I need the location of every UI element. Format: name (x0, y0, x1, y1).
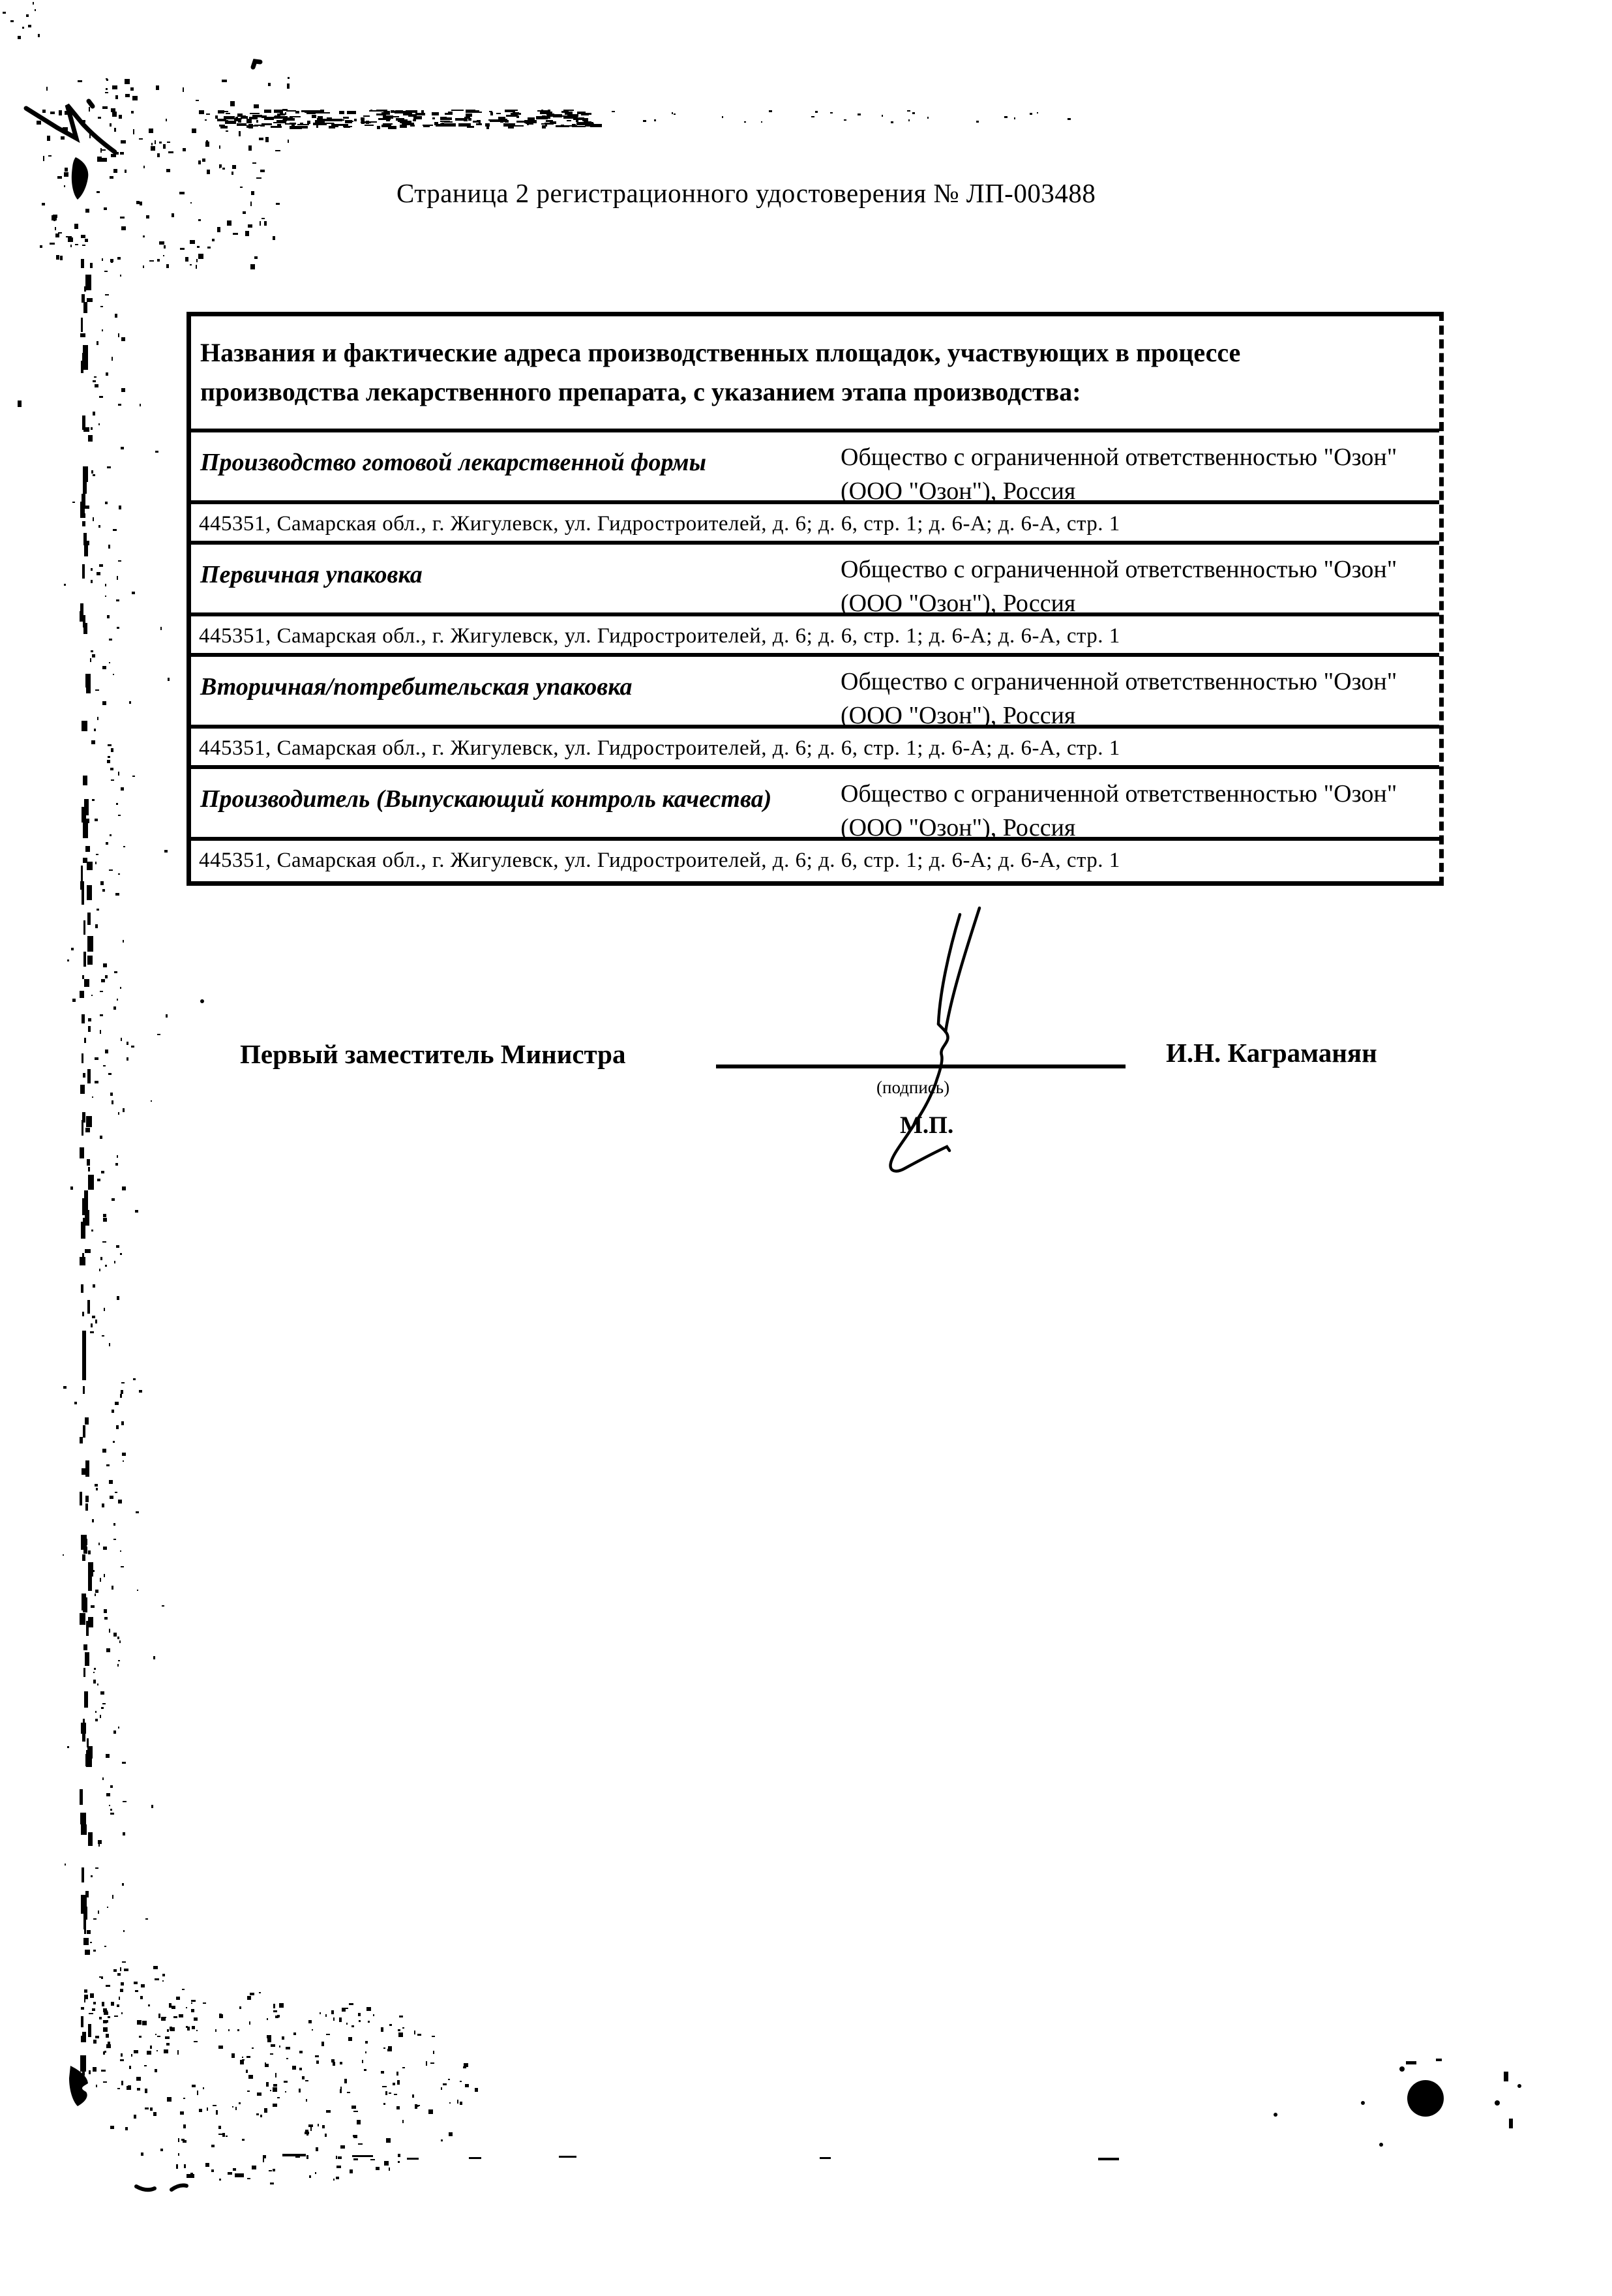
noise-speck (150, 2107, 153, 2111)
noise-speck (407, 2158, 419, 2160)
noise-speck (82, 245, 85, 246)
noise-speck (107, 466, 111, 468)
noise-speck (124, 1969, 128, 1971)
noise-speck (197, 2091, 198, 2095)
noise-speck (140, 202, 142, 205)
noise-speck (393, 2083, 395, 2085)
noise-speck (218, 2126, 221, 2129)
page-title: Страница 2 регистрационного удостоверени… (396, 177, 1096, 209)
noise-speck (80, 991, 84, 998)
noise-speck (153, 1656, 155, 1659)
noise-speck (373, 2014, 374, 2016)
noise-speck (106, 88, 108, 90)
noise-speck (282, 109, 288, 111)
noise-speck (131, 111, 134, 113)
noise-speck (91, 1875, 93, 1877)
noise-speck (423, 126, 430, 127)
noise-speck (100, 1257, 102, 1260)
noise-speck (389, 2168, 390, 2171)
noise-speck (93, 2002, 96, 2004)
noise-speck (116, 803, 118, 805)
seal-placeholder-label: М.П. (900, 1111, 953, 1140)
noise-speck (75, 244, 78, 245)
noise-speck (279, 2046, 280, 2047)
noise-speck (320, 110, 324, 113)
noise-speck (321, 2042, 324, 2046)
noise-speck (118, 404, 121, 406)
noise-speck (247, 2091, 250, 2092)
noise-speck (232, 165, 236, 169)
noise-speck (113, 1523, 115, 1526)
noise-speck (228, 2172, 232, 2175)
noise-speck (83, 506, 89, 509)
noise-speck (91, 1323, 93, 1327)
noise-speck (110, 2126, 114, 2129)
noise-speck (185, 257, 188, 262)
noise-speck (333, 2179, 335, 2181)
noise-speck (82, 1730, 85, 1742)
noise-speck (102, 329, 103, 331)
noise-speck (155, 2034, 157, 2035)
noise-speck (111, 779, 114, 781)
production-sites-table: Названия и фактические адреса производст… (187, 312, 1444, 886)
noise-speck (95, 2036, 99, 2038)
noise-speck (121, 388, 125, 392)
noise-speck (222, 80, 227, 82)
noise-speck (260, 2115, 262, 2117)
noise-speck (104, 1574, 105, 1577)
noise-speck (90, 1331, 94, 1333)
noise-speck (83, 1938, 89, 1945)
noise-speck (346, 2023, 348, 2025)
noise-speck (89, 2013, 93, 2014)
noise-speck (117, 1637, 119, 1639)
noise-speck (83, 1202, 88, 1209)
noise-speck (88, 1832, 93, 1846)
noise-speck (368, 2021, 370, 2023)
noise-speck (302, 2076, 305, 2079)
noise-speck (432, 112, 439, 115)
noise-speck (91, 470, 93, 474)
noise-speck (80, 1085, 85, 1094)
noise-speck (110, 1785, 113, 1788)
noise-speck (270, 2183, 274, 2184)
noise-speck (95, 1590, 98, 1593)
noise-speck (121, 2053, 123, 2057)
noise-speck (97, 191, 100, 193)
table-row-stage-1: Производство готовой лекарственной формы… (191, 432, 1439, 504)
noise-speck (166, 1014, 168, 1018)
noise-speck (127, 2086, 129, 2090)
noise-speck (213, 2105, 216, 2106)
noise-speck (238, 120, 241, 123)
noise-speck (100, 991, 103, 992)
noise-speck (80, 1147, 84, 1158)
noise-speck (211, 2145, 215, 2147)
noise-speck (107, 2020, 108, 2023)
noise-speck (178, 2153, 179, 2156)
noise-speck (460, 2102, 462, 2105)
noise-speck (261, 115, 267, 118)
noise-speck (162, 1974, 165, 1976)
noise-speck (722, 116, 723, 118)
noise-speck (259, 138, 263, 140)
noise-speck (99, 2017, 102, 2019)
noise-speck (100, 1578, 101, 1582)
noise-speck (119, 506, 121, 509)
noise-speck (81, 1222, 85, 1239)
noise-speck (273, 2084, 277, 2087)
noise-speck (216, 2110, 218, 2115)
noise-speck (197, 246, 200, 248)
noise-speck (908, 119, 910, 121)
noise-speck (413, 119, 416, 121)
noise-speck (100, 1715, 101, 1718)
noise-speck (93, 1672, 95, 1673)
noise-speck (267, 2018, 268, 2020)
noise-speck (117, 576, 118, 580)
noise-speck (282, 2154, 306, 2156)
table-header-line1: Названия и фактические адреса производст… (200, 333, 1430, 372)
noise-speck (120, 2059, 124, 2061)
noise-speck (292, 2066, 296, 2070)
noise-speck (199, 2109, 202, 2112)
noise-speck (82, 1312, 84, 1316)
noise-speck (63, 1386, 67, 1389)
noise-speck (85, 275, 91, 290)
noise-speck (398, 2029, 400, 2031)
company-name: Общество с ограниченной ответственностью… (841, 440, 1427, 508)
noise-speck (344, 2079, 347, 2083)
table-row-address-2: 445351, Самарская обл., г. Жигулевск, ул… (191, 616, 1439, 657)
noise-speck (65, 1864, 66, 1865)
noise-speck (113, 1730, 116, 1734)
noise-speck (369, 121, 377, 123)
noise-speck (89, 134, 91, 138)
noise-speck (432, 2036, 435, 2037)
noise-speck (48, 155, 52, 157)
noise-speck (516, 115, 519, 118)
noise-speck (148, 2004, 150, 2006)
noise-speck (115, 314, 117, 318)
noise-speck (134, 1982, 138, 1984)
noise-speck (87, 936, 93, 952)
noise-speck (120, 1967, 121, 1971)
noise-speck (237, 2029, 239, 2031)
noise-speck (307, 121, 310, 124)
noise-speck (326, 2034, 330, 2035)
noise-speck (179, 192, 185, 194)
noise-speck (95, 1867, 98, 1869)
noise-speck (63, 1554, 64, 1556)
noise-speck (212, 239, 215, 241)
noise-speck (80, 1437, 83, 1443)
noise-speck (469, 2157, 481, 2159)
noise-speck (305, 110, 316, 113)
noise-speck (363, 115, 370, 117)
noise-speck (198, 219, 201, 221)
noise-speck (239, 2102, 241, 2104)
noise-speck (83, 1386, 85, 1394)
noise-speck (155, 451, 158, 453)
noise-speck (59, 110, 62, 115)
noise-speck (121, 337, 125, 341)
noise-speck (415, 113, 425, 115)
noise-speck (81, 259, 84, 268)
noise-speck (389, 2092, 391, 2094)
noise-speck (270, 2090, 271, 2091)
noise-speck (108, 545, 110, 549)
noise-speck (115, 152, 119, 155)
noise-speck (449, 2132, 453, 2136)
noise-speck (285, 2091, 286, 2092)
noise-speck (121, 1982, 124, 1986)
noise-speck (308, 2020, 312, 2023)
noise-speck (82, 1120, 83, 1136)
noise-speck (89, 2070, 91, 2074)
noise-speck (133, 1378, 136, 1380)
noise-speck (820, 2157, 831, 2159)
noise-speck (198, 254, 203, 259)
noise-speck (97, 1684, 98, 1685)
noise-speck (95, 384, 98, 387)
noise-speck (196, 259, 198, 262)
noise-speck (87, 298, 93, 302)
noise-speck (82, 564, 85, 579)
noise-speck (563, 110, 574, 111)
noise-speck (567, 115, 576, 118)
noise-speck (844, 119, 846, 121)
noise-speck (190, 202, 192, 204)
noise-speck (83, 776, 87, 785)
noise-speck (141, 2152, 143, 2156)
noise-speck (83, 1547, 87, 1554)
noise-speck (91, 740, 95, 744)
noise-speck (94, 376, 97, 378)
noise-speck (117, 2088, 120, 2089)
noise-speck (184, 2164, 186, 2168)
noise-speck (265, 2064, 269, 2067)
noise-speck (400, 121, 411, 123)
noise-speck (84, 1691, 88, 1708)
noise-speck (264, 110, 271, 113)
noise-speck (1014, 117, 1015, 119)
noise-speck (256, 120, 258, 123)
noise-speck (912, 112, 915, 114)
noise-speck (69, 236, 72, 239)
noise-speck (434, 122, 438, 125)
noise-speck (412, 2094, 414, 2098)
noise-speck (88, 1167, 90, 1171)
noise-speck (103, 2027, 108, 2032)
noise-speck (78, 80, 82, 82)
noise-speck (123, 1460, 124, 1462)
noise-speck (97, 341, 98, 345)
noise-speck (306, 2099, 307, 2102)
noise-speck (93, 1918, 97, 1920)
noise-speck (105, 596, 106, 597)
noise-speck (468, 118, 471, 121)
noise-speck (261, 218, 265, 219)
noise-speck (131, 1046, 134, 1048)
noise-speck (402, 2067, 405, 2068)
noise-speck (364, 2069, 366, 2071)
noise-speck (340, 2089, 342, 2093)
noise-speck (151, 1100, 152, 1102)
noise-speck (109, 662, 110, 663)
noise-speck (273, 236, 275, 240)
noise-speck (122, 1453, 126, 1456)
noise-speck (183, 2124, 186, 2128)
noise-speck (117, 257, 121, 260)
noise-speck (287, 83, 290, 89)
noise-speck (340, 2145, 345, 2149)
noise-speck (80, 1789, 83, 1805)
noise-speck (358, 2013, 361, 2016)
noise-speck (358, 2143, 363, 2145)
noise-speck (290, 123, 296, 124)
noise-speck (194, 2017, 198, 2021)
noise-speck (87, 913, 91, 925)
noise-speck (180, 248, 185, 250)
table-row-address-1: 445351, Самарская обл., г. Жигулевск, ул… (191, 504, 1439, 545)
signer-position-label: Первый заместитель Министра (240, 1038, 625, 1070)
noise-speck (396, 2072, 398, 2076)
noise-speck (202, 159, 205, 162)
noise-speck (377, 126, 380, 129)
noise-speck (83, 1644, 87, 1650)
noise-speck (256, 177, 261, 179)
noise-speck (104, 1617, 108, 1620)
noise-speck (104, 1308, 105, 1311)
noise-speck (232, 2106, 233, 2107)
bottom-dash-artifact (187, 2173, 244, 2178)
noise-speck (85, 1503, 88, 1511)
noise-speck (344, 126, 350, 128)
noise-speck (352, 2155, 373, 2157)
company-name: Общество с ограниченной ответственностью… (841, 665, 1427, 733)
noise-speck (100, 148, 102, 153)
noise-speck (82, 889, 84, 905)
noise-speck (42, 203, 45, 205)
noise-speck (121, 1382, 125, 1383)
noise-speck (90, 1942, 92, 1943)
noise-speck (383, 2047, 385, 2049)
noise-speck (539, 117, 550, 119)
noise-speck (88, 1574, 92, 1591)
noise-speck (976, 121, 979, 123)
noise-speck (268, 83, 271, 86)
noise-speck (136, 2077, 141, 2081)
noise-speck (86, 1116, 92, 1127)
noise-speck (325, 2134, 327, 2137)
noise-speck (106, 842, 108, 845)
noise-speck (113, 1441, 115, 1443)
noise-speck (100, 1691, 104, 1695)
noise-speck (103, 2010, 108, 2012)
noise-speck (575, 126, 586, 127)
noise-speck (151, 143, 153, 145)
noise-speck (242, 2057, 243, 2058)
noise-speck (239, 131, 241, 136)
noise-speck (769, 110, 772, 112)
noise-speck (322, 2125, 325, 2128)
noise-speck (114, 2016, 118, 2017)
noise-speck (205, 2163, 209, 2167)
noise-speck (82, 721, 87, 731)
noise-speck (186, 2007, 187, 2008)
noise-speck (85, 209, 89, 213)
noise-speck (117, 1296, 119, 1300)
noise-speck (120, 1989, 123, 1992)
noise-speck (907, 110, 910, 112)
noise-speck (248, 2075, 253, 2079)
noise-speck (112, 112, 117, 117)
noise-speck (84, 1922, 86, 1934)
noise-speck (261, 123, 272, 125)
noise-speck (109, 1805, 110, 1806)
noise-speck (282, 2036, 284, 2040)
noise-speck (177, 2050, 179, 2055)
noise-speck (64, 584, 66, 586)
noise-speck (357, 2120, 361, 2124)
noise-speck (331, 125, 338, 127)
noise-speck (347, 2092, 350, 2093)
noise-speck (110, 1093, 113, 1096)
noise-speck (464, 118, 468, 121)
noise-speck (277, 2097, 280, 2098)
noise-speck (93, 1950, 96, 1952)
noise-speck (97, 1179, 100, 1181)
noise-speck (87, 1159, 90, 1166)
noise-speck (38, 34, 40, 37)
noise-speck (104, 271, 108, 272)
noise-speck (288, 77, 290, 79)
noise-speck (192, 2085, 196, 2087)
noise-speck (116, 1425, 119, 1429)
noise-speck (89, 107, 90, 112)
noise-speck (112, 1100, 113, 1104)
noise-speck (250, 1993, 254, 1995)
noise-speck (57, 176, 62, 179)
noise-speck (95, 1719, 98, 1721)
noise-speck (35, 9, 36, 11)
noise-speck (226, 113, 230, 114)
noise-speck (125, 170, 127, 173)
noise-speck (299, 2089, 301, 2092)
noise-speck (102, 1449, 106, 1453)
noise-speck (218, 110, 224, 113)
noise-speck (226, 130, 228, 132)
noise-speck (91, 427, 93, 430)
noise-speck (103, 2020, 107, 2023)
noise-speck (88, 435, 93, 442)
noise-speck (85, 239, 88, 242)
noise-speck (95, 1320, 97, 1323)
noise-speck (567, 120, 571, 121)
noise-speck (98, 423, 100, 425)
noise-speck (139, 2036, 142, 2038)
noise-speck (460, 123, 471, 127)
noise-speck (132, 592, 135, 594)
noise-speck (166, 2043, 170, 2046)
noise-speck (101, 1171, 104, 1173)
noise-speck (215, 2029, 216, 2032)
noise-speck (92, 654, 95, 657)
noise-speck (320, 2012, 321, 2014)
noise-speck (414, 115, 417, 117)
noise-speck (125, 79, 130, 84)
